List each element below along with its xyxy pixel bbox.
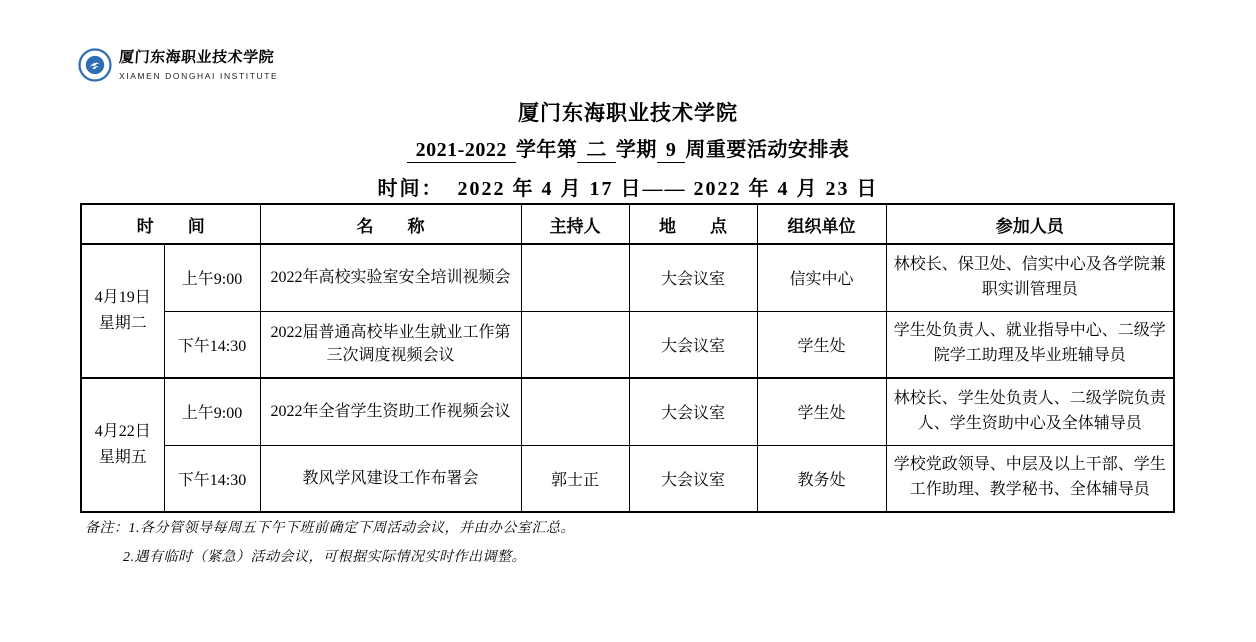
school-emblem-icon: [78, 48, 112, 82]
participants-cell: 学生处负责人、就业指导中心、二级学院学工助理及毕业班辅导员: [886, 311, 1174, 378]
time-cell: 上午9:00: [164, 378, 260, 445]
table-row: 下午14:30 2022届普通高校毕业生就业工作第三次调度视频会议 大会议室 学…: [81, 311, 1174, 378]
place-cell: 大会议室: [629, 244, 757, 311]
school-name-en: XIAMEN DONGHAI INSTITUTE: [119, 70, 278, 82]
table-row: 4月19日 星期二 上午9:00 2022年高校实验室安全培训视频会 大会议室 …: [81, 244, 1174, 311]
host-cell: [521, 244, 629, 311]
event-name-cell: 教风学风建设工作布署会: [260, 445, 521, 512]
event-name-cell: 2022届普通高校毕业生就业工作第三次调度视频会议: [260, 311, 521, 378]
subtitle-term-underlined: 二: [577, 139, 616, 163]
header-participants: 参加人员: [886, 204, 1174, 244]
place-cell: 大会议室: [629, 378, 757, 445]
event-name-cell: 2022年全省学生资助工作视频会议: [260, 378, 521, 445]
table-row: 下午14:30 教风学风建设工作布署会 郭士正 大会议室 教务处 学校党政领导、…: [81, 445, 1174, 512]
time-cell: 上午9:00: [164, 244, 260, 311]
host-cell: 郭士正: [521, 445, 629, 512]
footnote-2: 2.遇有临时（紧急）活动会议，可根据实际情况实时作出调整。: [123, 551, 1023, 565]
schedule-table-container: 时 间 名 称 主持人 地 点 组织单位 参加人员 4月19日 星期二 上午9:…: [80, 203, 1175, 513]
date-cell-apr19: 4月19日 星期二: [81, 244, 164, 378]
host-cell: [521, 378, 629, 445]
header-host: 主持人: [521, 204, 629, 244]
school-logo-text: 厦门东海职业技术学院 XIAMEN DONGHAI INSTITUTE: [119, 48, 278, 82]
date-range-line: 时间： 2022 年 4 月 17 日—— 2022 年 4 月 23 日: [0, 172, 1256, 201]
header-name: 名 称: [260, 204, 521, 244]
org-cell: 学生处: [757, 378, 886, 445]
host-cell: [521, 311, 629, 378]
time-cell: 下午14:30: [164, 445, 260, 512]
participants-cell: 学校党政领导、中层及以上干部、学生工作助理、教学秘书、全体辅导员: [886, 445, 1174, 512]
participants-cell: 林校长、保卫处、信实中心及各学院兼职实训管理员: [886, 244, 1174, 311]
document-subtitle: 2021-2022学年第二学期9周重要活动安排表: [0, 133, 1256, 162]
org-cell: 信实中心: [757, 244, 886, 311]
schedule-table: 时 间 名 称 主持人 地 点 组织单位 参加人员 4月19日 星期二 上午9:…: [80, 203, 1175, 513]
participants-cell: 林校长、学生处负责人、二级学院负责人、学生资助中心及全体辅导员: [886, 378, 1174, 445]
subtitle-text-1: 学年第: [516, 139, 578, 161]
subtitle-text-3: 周重要活动安排表: [685, 139, 849, 161]
school-name-cn: 厦门东海职业技术学院: [118, 48, 279, 68]
subtitle-year-underlined: 2021-2022: [407, 139, 516, 163]
header-place: 地 点: [629, 204, 757, 244]
place-cell: 大会议室: [629, 311, 757, 378]
org-cell: 教务处: [757, 445, 886, 512]
place-cell: 大会议室: [629, 445, 757, 512]
time-cell: 下午14:30: [164, 311, 260, 378]
table-header-row: 时 间 名 称 主持人 地 点 组织单位 参加人员: [81, 204, 1174, 244]
org-cell: 学生处: [757, 311, 886, 378]
school-logo: 厦门东海职业技术学院 XIAMEN DONGHAI INSTITUTE: [78, 48, 278, 82]
subtitle-week-underlined: 9: [657, 139, 686, 163]
subtitle-text-2: 学期: [616, 139, 657, 161]
date-cell-apr22: 4月22日 星期五: [81, 378, 164, 512]
table-row: 4月22日 星期五 上午9:00 2022年全省学生资助工作视频会议 大会议室 …: [81, 378, 1174, 445]
header-org: 组织单位: [757, 204, 886, 244]
document-title: 厦门东海职业技术学院: [0, 97, 1256, 127]
footnote-1: 备注：1.各分管领导每周五下午下班前确定下周活动会议，并由办公室汇总。: [85, 522, 985, 536]
event-name-cell: 2022年高校实验室安全培训视频会: [260, 244, 521, 311]
header-time: 时 间: [81, 204, 260, 244]
